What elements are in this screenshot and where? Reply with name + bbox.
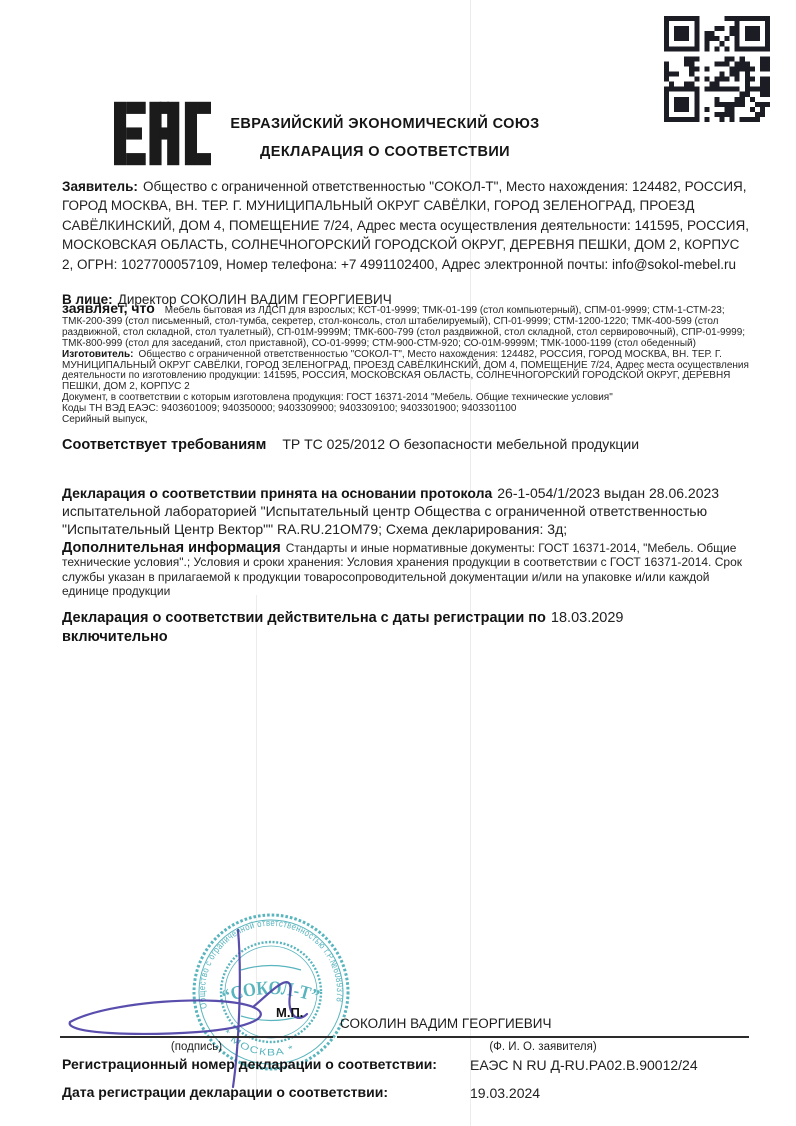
- name-line: [337, 1036, 749, 1038]
- validity-label: Декларация о соответствии действительна …: [62, 610, 546, 626]
- serial-issue-line: Серийный выпуск,: [62, 415, 749, 426]
- qr-code: [664, 16, 770, 122]
- document-header: ЕВРАЗИЙСКИЙ ЭКОНОМИЧЕСКИЙ СОЮЗ ДЕКЛАРАЦИ…: [118, 116, 652, 160]
- validity-date: 18.03.2029: [551, 610, 624, 626]
- compliance-line: Соответствует требованиямТР ТС 025/2012 …: [62, 435, 749, 454]
- validity-paragraph: Декларация о соответствии действительна …: [62, 609, 749, 647]
- applicant-text: Общество с ограниченной ответственностью…: [62, 179, 749, 272]
- additional-info-label: Дополнительная информация: [62, 540, 281, 556]
- stamp-place-label: М.П.: [276, 1005, 303, 1020]
- basis-label: Декларация о соответствии принята на осн…: [62, 485, 492, 501]
- product-text: Мебель бытовая из ЛДСП для взрослых; КСТ…: [62, 305, 745, 349]
- compliance-value: ТР ТС 025/2012 О безопасности мебельной …: [282, 436, 639, 452]
- signature-caption: (подпись): [60, 1041, 333, 1053]
- applicant-paragraph: Заявитель:Общество с ограниченной ответс…: [62, 177, 749, 274]
- name-caption: (Ф. И. О. заявителя): [337, 1041, 749, 1053]
- additional-info-paragraph: Дополнительная информацияСтандарты и ины…: [62, 541, 749, 599]
- registration-date-label: Дата регистрации декларации о соответств…: [62, 1084, 388, 1100]
- declaration-details: заявляет, чтоМебель бытовая из ЛДСП для …: [62, 303, 749, 426]
- manufacturer-label: Изготовитель:: [62, 349, 134, 360]
- union-title: ЕВРАЗИЙСКИЙ ЭКОНОМИЧЕСКИЙ СОЮЗ: [118, 116, 652, 132]
- manufacturer-paragraph: Изготовитель:Общество с ограниченной отв…: [62, 350, 749, 394]
- manufacturer-text: Общество с ограниченной ответственностью…: [62, 349, 749, 393]
- basis-paragraph: Декларация о соответствии принята на осн…: [62, 484, 749, 538]
- registration-number-label: Регистрационный номер декларации о соотв…: [62, 1056, 437, 1072]
- applicant-label: Заявитель:: [62, 179, 138, 194]
- product-paragraph: заявляет, чтоМебель бытовая из ЛДСП для …: [62, 303, 749, 350]
- compliance-label: Соответствует требованиям: [62, 437, 266, 453]
- declares-label: заявляет, что: [62, 300, 155, 316]
- tnved-codes-line: Коды ТН ВЭД ЕАЭС: 9403601009; 940350000;…: [62, 404, 749, 415]
- declarant-name: СОКОЛИН ВАДИМ ГЕОРГИЕВИЧ: [340, 1016, 551, 1031]
- page-title: ДЕКЛАРАЦИЯ О СООТВЕТСТВИИ: [118, 144, 652, 160]
- validity-suffix: включительно: [62, 629, 168, 645]
- registration-number-value: ЕАЭС N RU Д-RU.РА02.В.90012/24: [470, 1057, 698, 1073]
- registration-date-value: 19.03.2024: [470, 1085, 540, 1101]
- signature-line: [60, 1036, 333, 1038]
